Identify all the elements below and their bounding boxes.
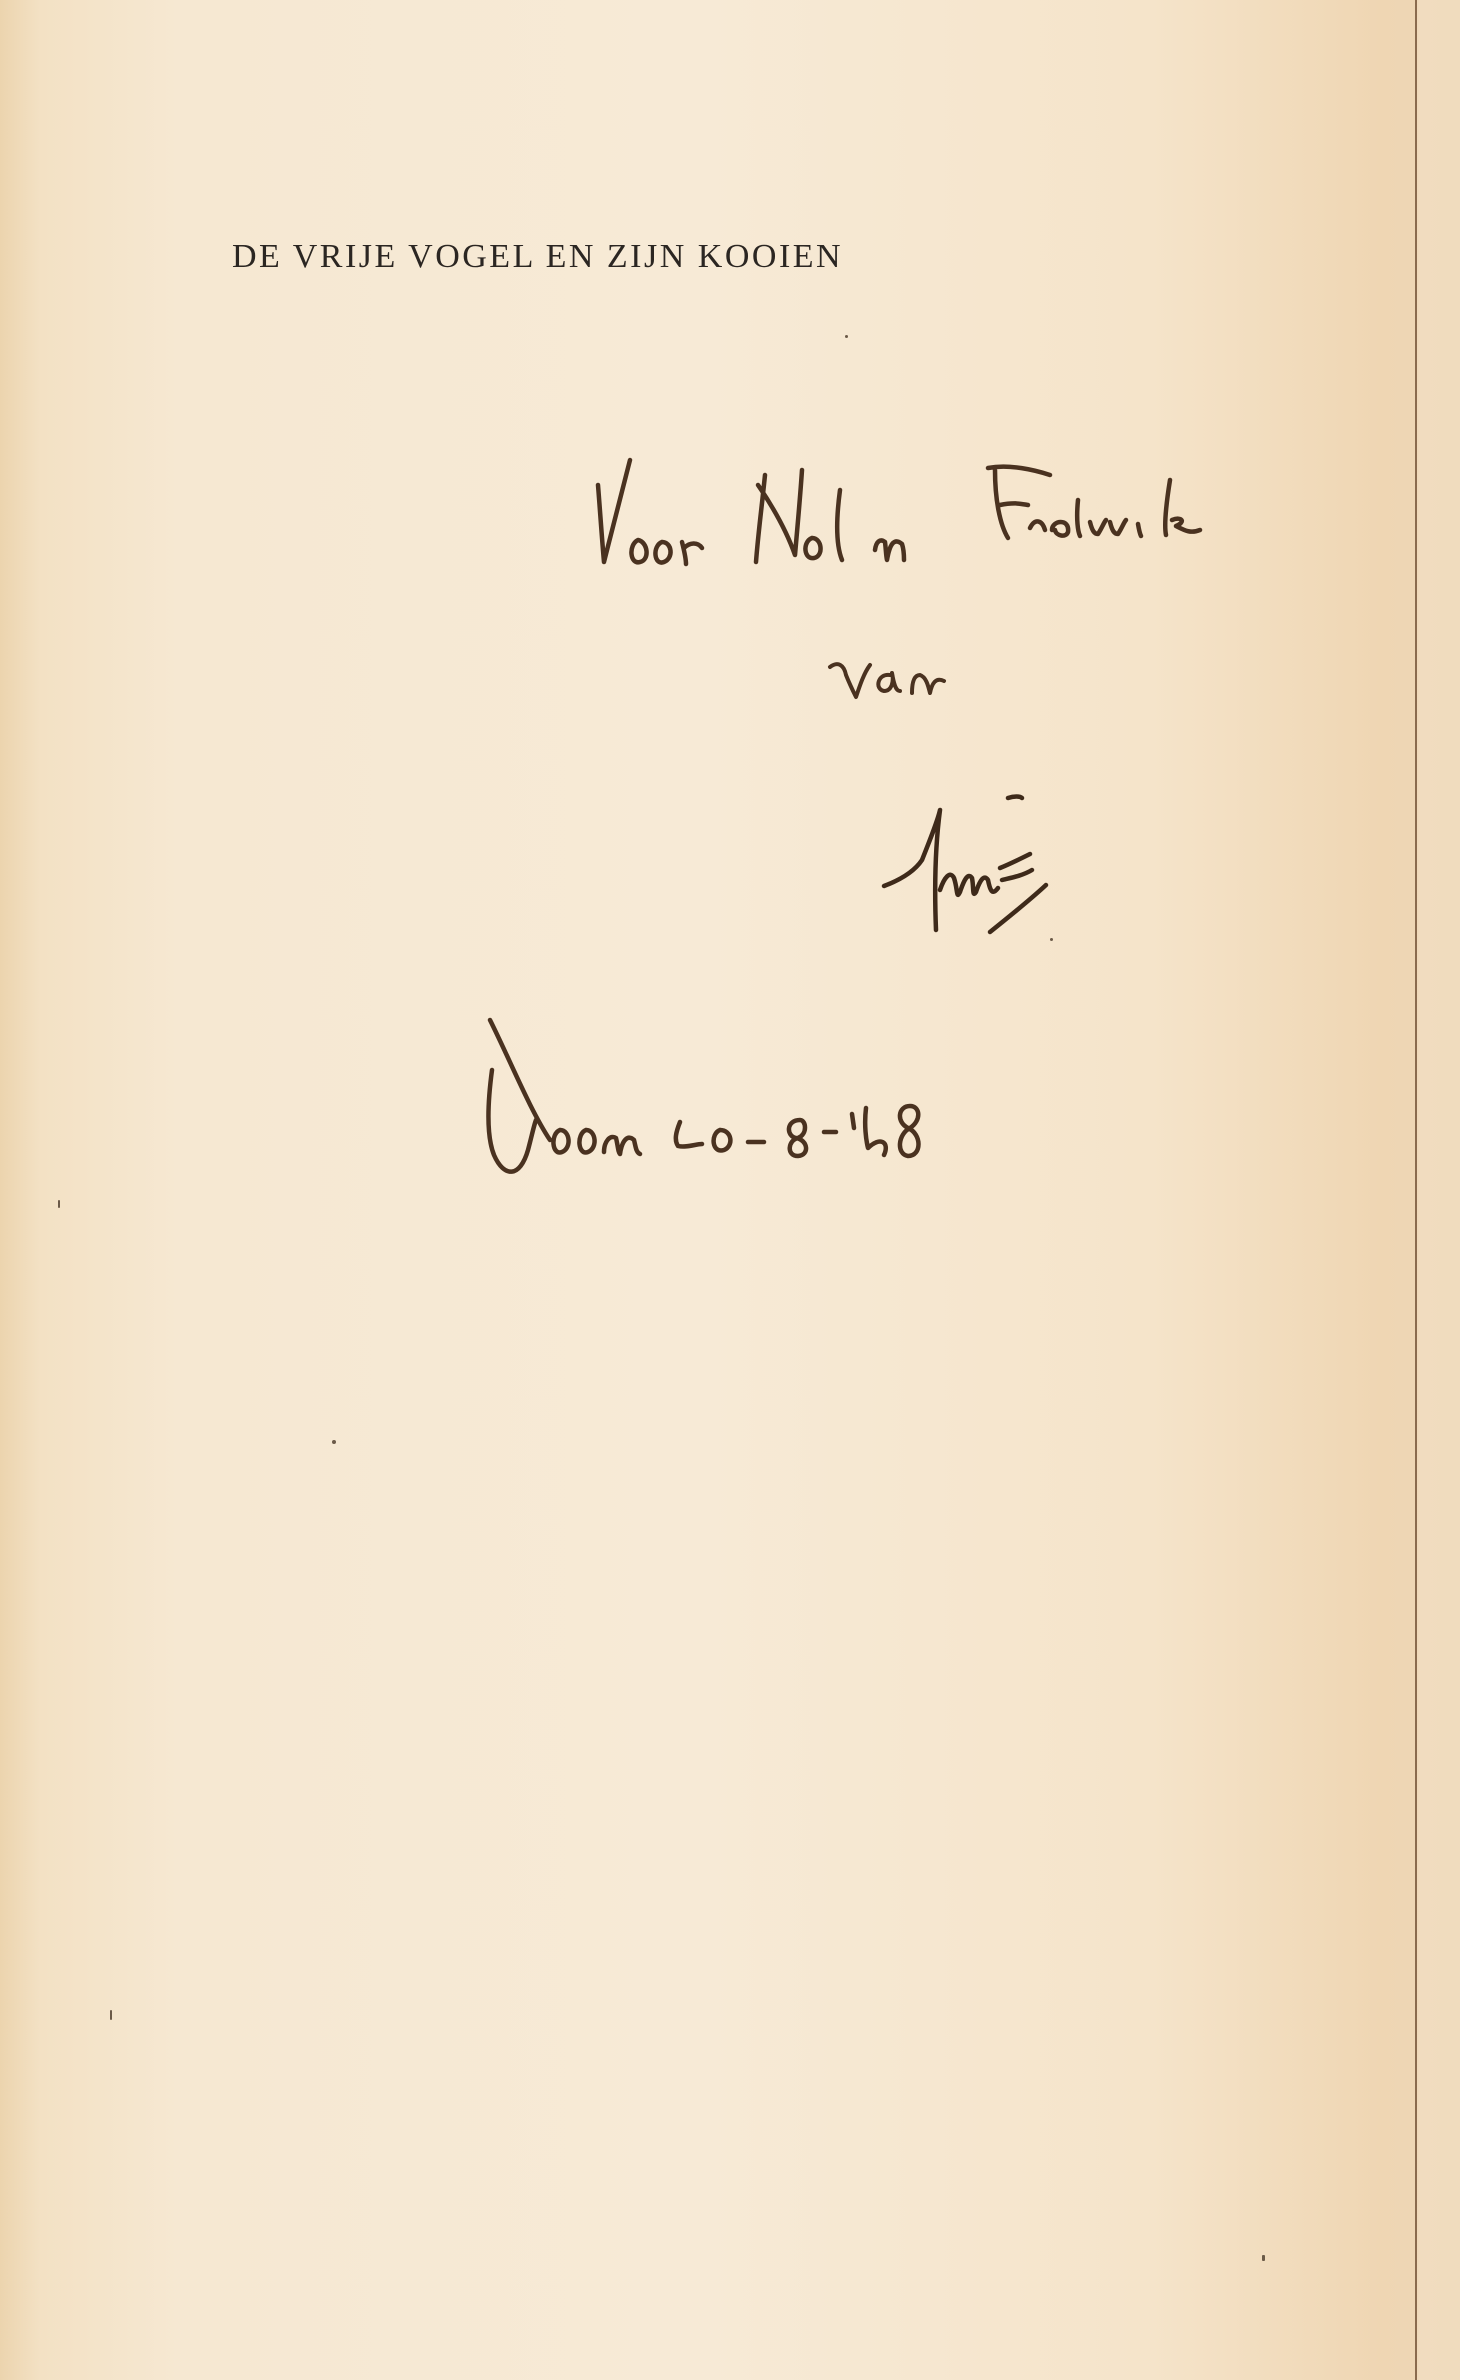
paper-speck (845, 335, 848, 338)
paper-speck (1262, 2255, 1265, 2261)
inscription-line-2: van (828, 645, 958, 705)
inscription-line-1: Voor Nol en Frederick (590, 450, 1250, 580)
book-title-page: DE VRIJE VOGEL EN ZIJN KOOIEN Voor Nol e… (0, 0, 1460, 2380)
place-date-strokes (480, 1010, 1020, 1185)
printed-title: DE VRIJE VOGEL EN ZIJN KOOIEN (232, 238, 1032, 276)
paper-speck (58, 1200, 60, 1208)
paper-speck (332, 1440, 336, 1444)
handwriting-line-1-strokes (590, 450, 1250, 580)
signature: Jan (880, 780, 1110, 980)
place-and-date: Doorn 20-8-'58 (480, 1010, 1020, 1185)
paper-speck (110, 2010, 112, 2020)
page-edge-line (1415, 0, 1417, 2380)
signature-strokes (880, 780, 1110, 980)
paper-speck (1050, 938, 1053, 941)
